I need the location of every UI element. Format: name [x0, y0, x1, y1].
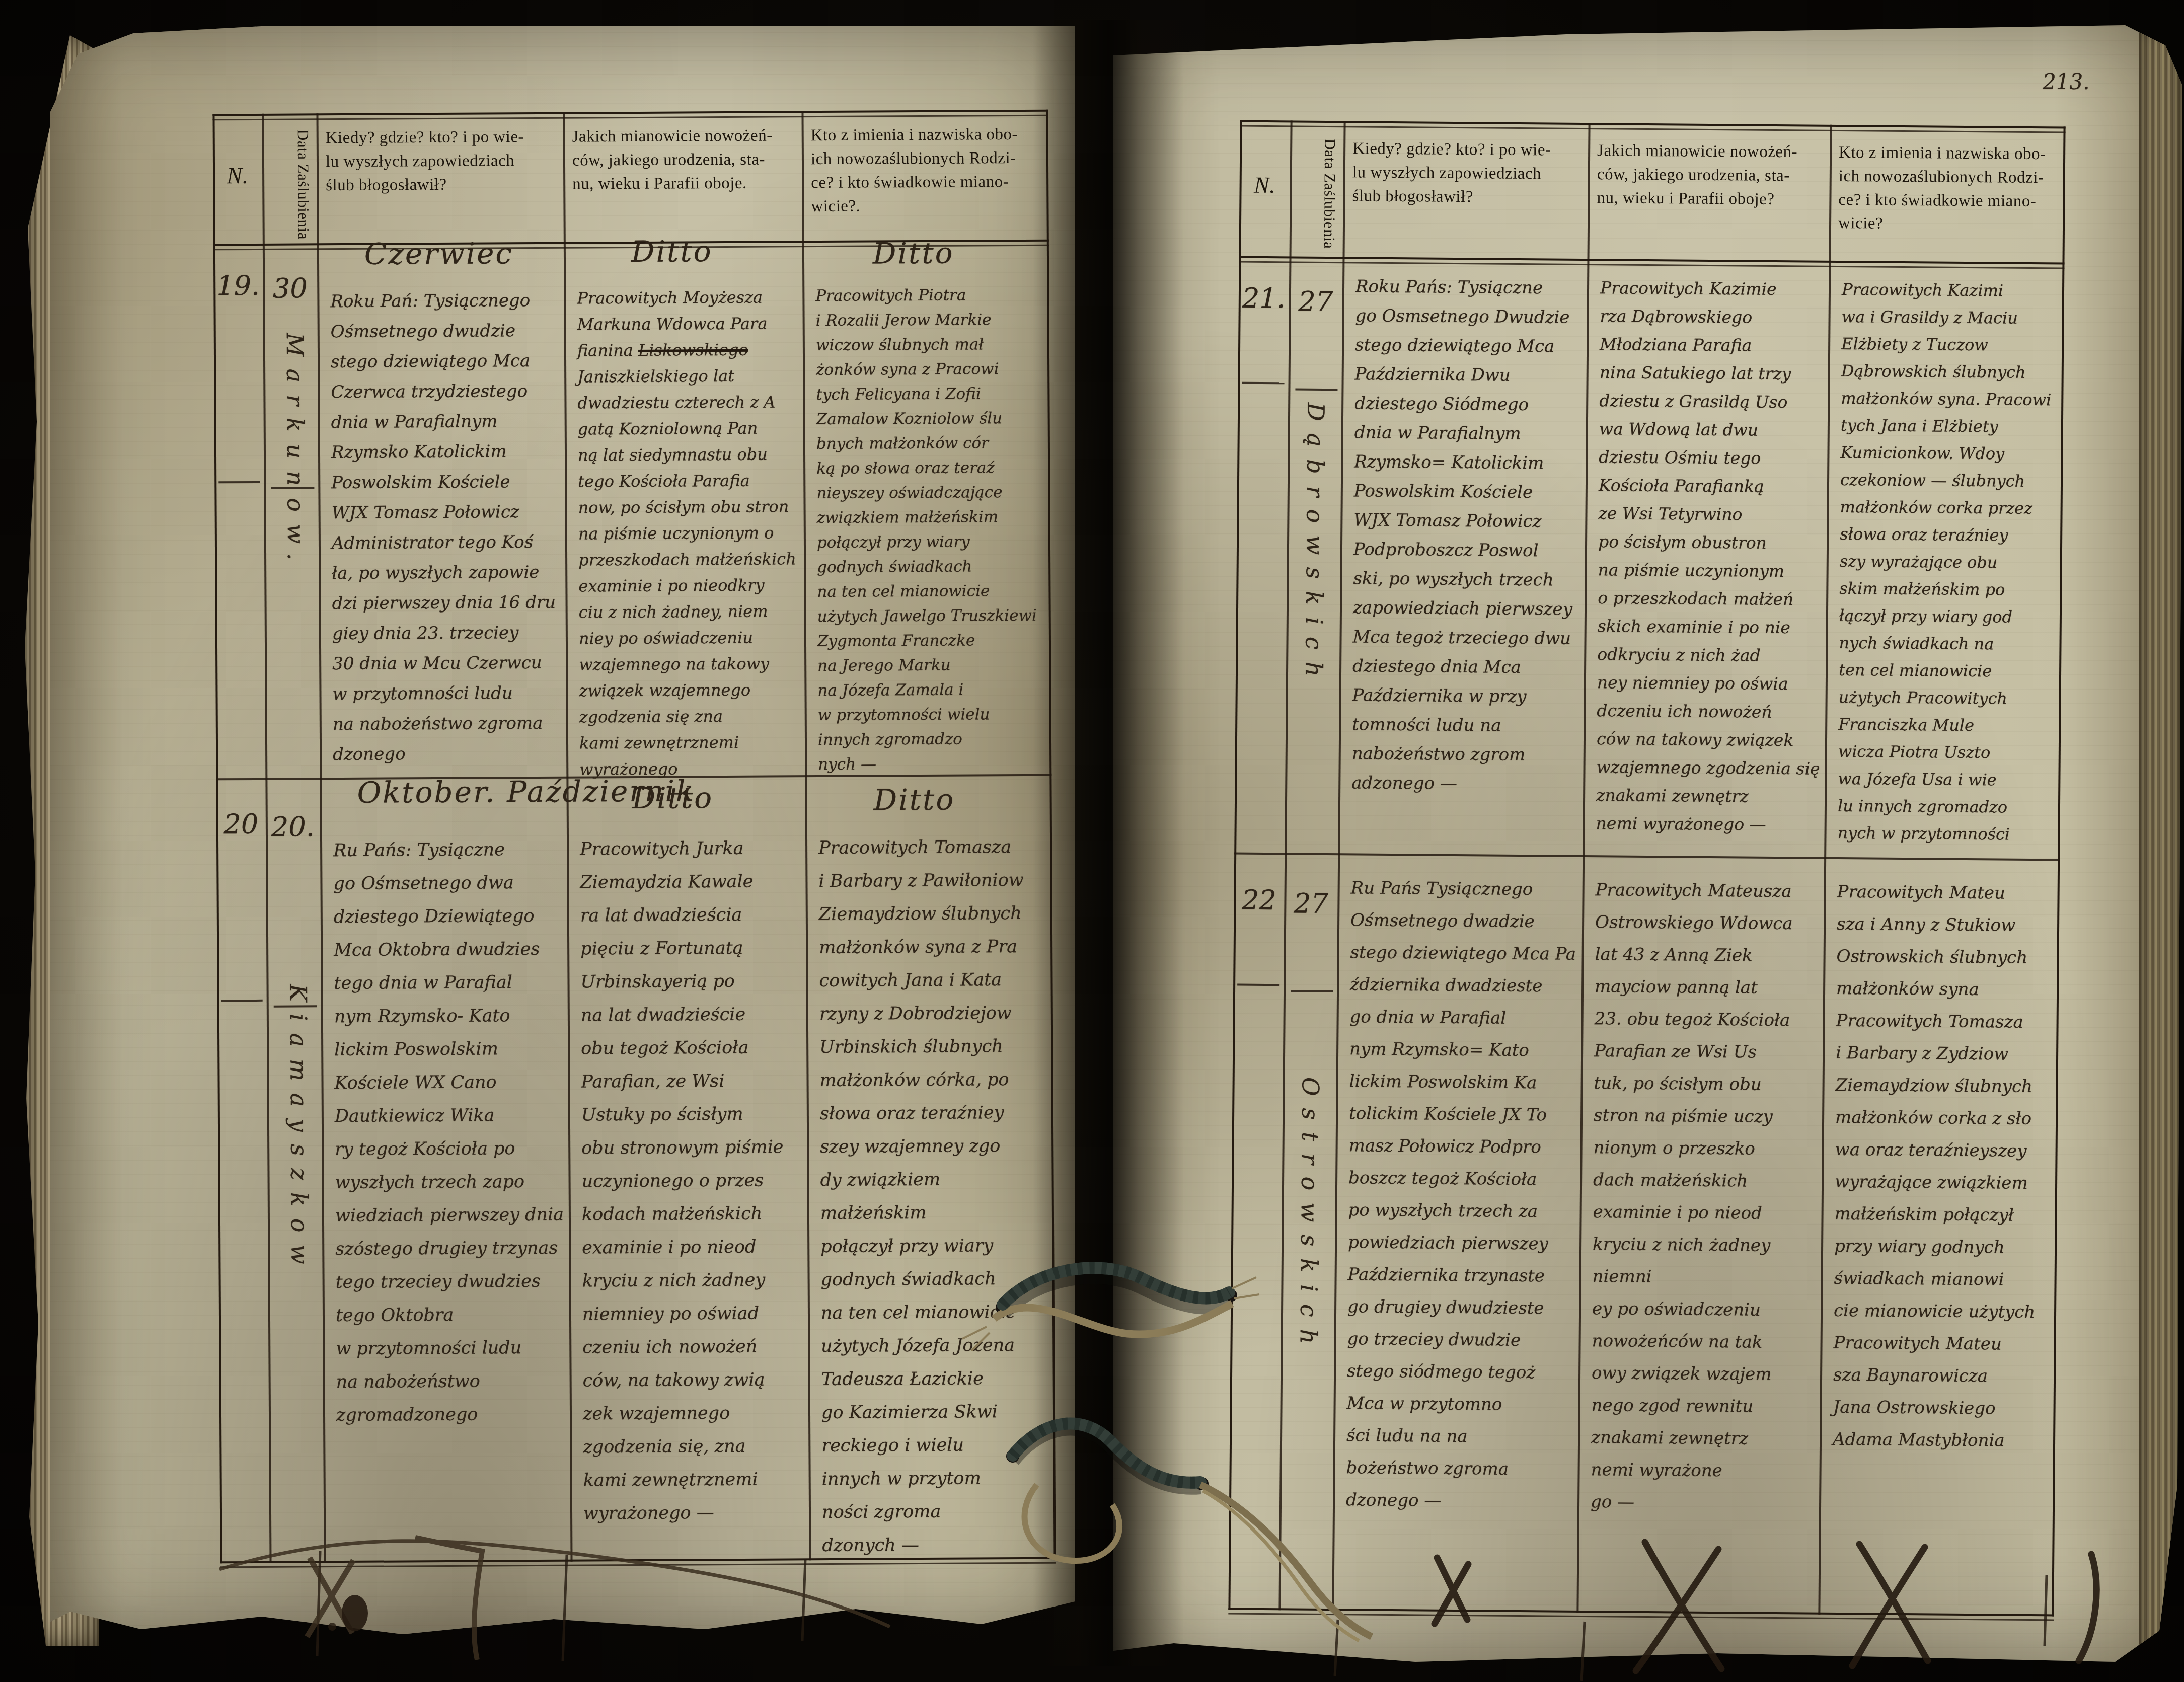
number-underline — [1242, 382, 1285, 385]
book-photo-background: N. Data Zaślubienia Kiedy? gdzie? kto? i… — [0, 0, 2184, 1682]
record-date: 27 — [1284, 887, 1337, 920]
record-number: 21. — [1239, 282, 1289, 315]
struck-text: Liskowskiego — [638, 340, 748, 360]
place-margin-note: Markunow. — [281, 333, 310, 572]
header-date-zaslubienia: Data Zaślubienia — [294, 121, 312, 247]
when-cell: Ru Pańs: Tysiączne go Ośmsetnego dwa dzi… — [320, 826, 571, 1557]
newlyweds-cell: Pracowitych Jurka Ziemaydzia Kawale ra l… — [567, 824, 809, 1555]
book-gutter-shadow — [1033, 20, 1184, 1666]
number-underline — [221, 1000, 263, 1002]
header-when-where-who: Kiedy? gdzie? kto? i po wie- lu wyszłych… — [1343, 124, 1588, 209]
when-cell: Roku Pań: Tysiącznego Ośmsetnego dwudzie… — [317, 278, 566, 778]
header-newlyweds: Jakich mianowicie nowożeń- ców, jakiego … — [563, 111, 802, 196]
number-underline — [218, 481, 260, 483]
record-date: 20. — [266, 811, 320, 843]
column-line — [1278, 120, 1292, 1610]
right-registry-table: N. Data Zaślubienia Kiedy? gdzie? kto? i… — [1228, 120, 2065, 1617]
header-separator — [1239, 256, 2064, 265]
book-fore-edge-right — [2139, 25, 2182, 1662]
number-underline — [1291, 990, 1333, 992]
ditto-heading: Ditto — [873, 236, 954, 271]
left-registry-table: N. Data Zaślubienia Kiedy? gdzie? kto? i… — [212, 110, 1056, 1564]
witnesses-cell: Pracowitych Tomasza i Barbary z Pawiłoni… — [805, 823, 1056, 1555]
ditto-heading: Ditto — [873, 783, 955, 817]
ditto-heading: Ditto — [632, 781, 713, 815]
record-date: 30 — [263, 272, 317, 304]
record-number: 22 — [1234, 884, 1284, 916]
header-n: N. — [1239, 169, 1290, 202]
newlyweds-cell: Pracowitych Moyżesza Markuna Wdowca Para… — [564, 277, 805, 776]
header-newlyweds: Jakich mianowicie nowożeń- ców, jakiego … — [1588, 126, 1830, 211]
ditto-heading: Ditto — [631, 234, 713, 269]
record-number: 20 — [216, 808, 266, 840]
number-underline — [1295, 388, 1337, 391]
header-date-zaslubienia: Data Zaślubienia — [1320, 131, 1339, 257]
newlyweds-cell: Pracowitych Kazimie rza Dąbrowskiego Mło… — [1583, 267, 1829, 853]
record-number: 19. — [213, 270, 263, 302]
header-parents-witnesses: Kto z imienia i nazwiska obo- ich nowoza… — [1829, 128, 2064, 237]
newlyweds-text: Janiszkielskiego lat dwadziestu czterech… — [577, 340, 796, 779]
right-page: 213. N. Data Zaślubienia Kiedy? gdzie? k… — [1113, 25, 2182, 1662]
witnesses-cell: Pracowitych Kazimi wa i Grasildy z Maciu… — [1824, 269, 2062, 855]
when-cell: Roku Pańs: Tysiączne go Osmsetnego Dwudz… — [1338, 265, 1587, 851]
left-page: N. Data Zaślubienia Kiedy? gdzie? kto? i… — [50, 26, 1075, 1640]
header-n: N. — [213, 159, 262, 192]
newlyweds-cell: Pracowitych Mateusza Ostrowskiego Wdowca… — [1576, 867, 1824, 1609]
table-border-bottom — [220, 1557, 1056, 1564]
page-number: 213. — [2043, 69, 2090, 94]
place-margin-note: Kiamayszkow — [285, 984, 314, 1276]
record-date: 27 — [1289, 285, 1342, 318]
header-when-where-who: Kiedy? gdzie? kto? i po wie- lu wyszłych… — [316, 112, 563, 197]
table-border-left — [1228, 120, 1242, 1610]
month-heading: Czerwiec — [364, 236, 513, 271]
header-parents-witnesses: Kto z imienia i nazwiska obo- ich nowoza… — [801, 110, 1048, 218]
place-margin-note: Ostrowskich — [1295, 1077, 1324, 1356]
witnesses-cell: Pracowitych Mateu sza i Anny z Stukiow O… — [1818, 869, 2058, 1611]
row-divider — [1234, 853, 2060, 861]
place-margin-note: Dąbrowskich — [1300, 403, 1329, 689]
number-underline — [1237, 984, 1279, 986]
witnesses-cell: Pracowitych Piotra i Rozalii Jerow Marki… — [802, 276, 1051, 776]
when-cell: Ru Pańs Tysiącznego Ośmsetnego dwadzie s… — [1332, 865, 1583, 1607]
